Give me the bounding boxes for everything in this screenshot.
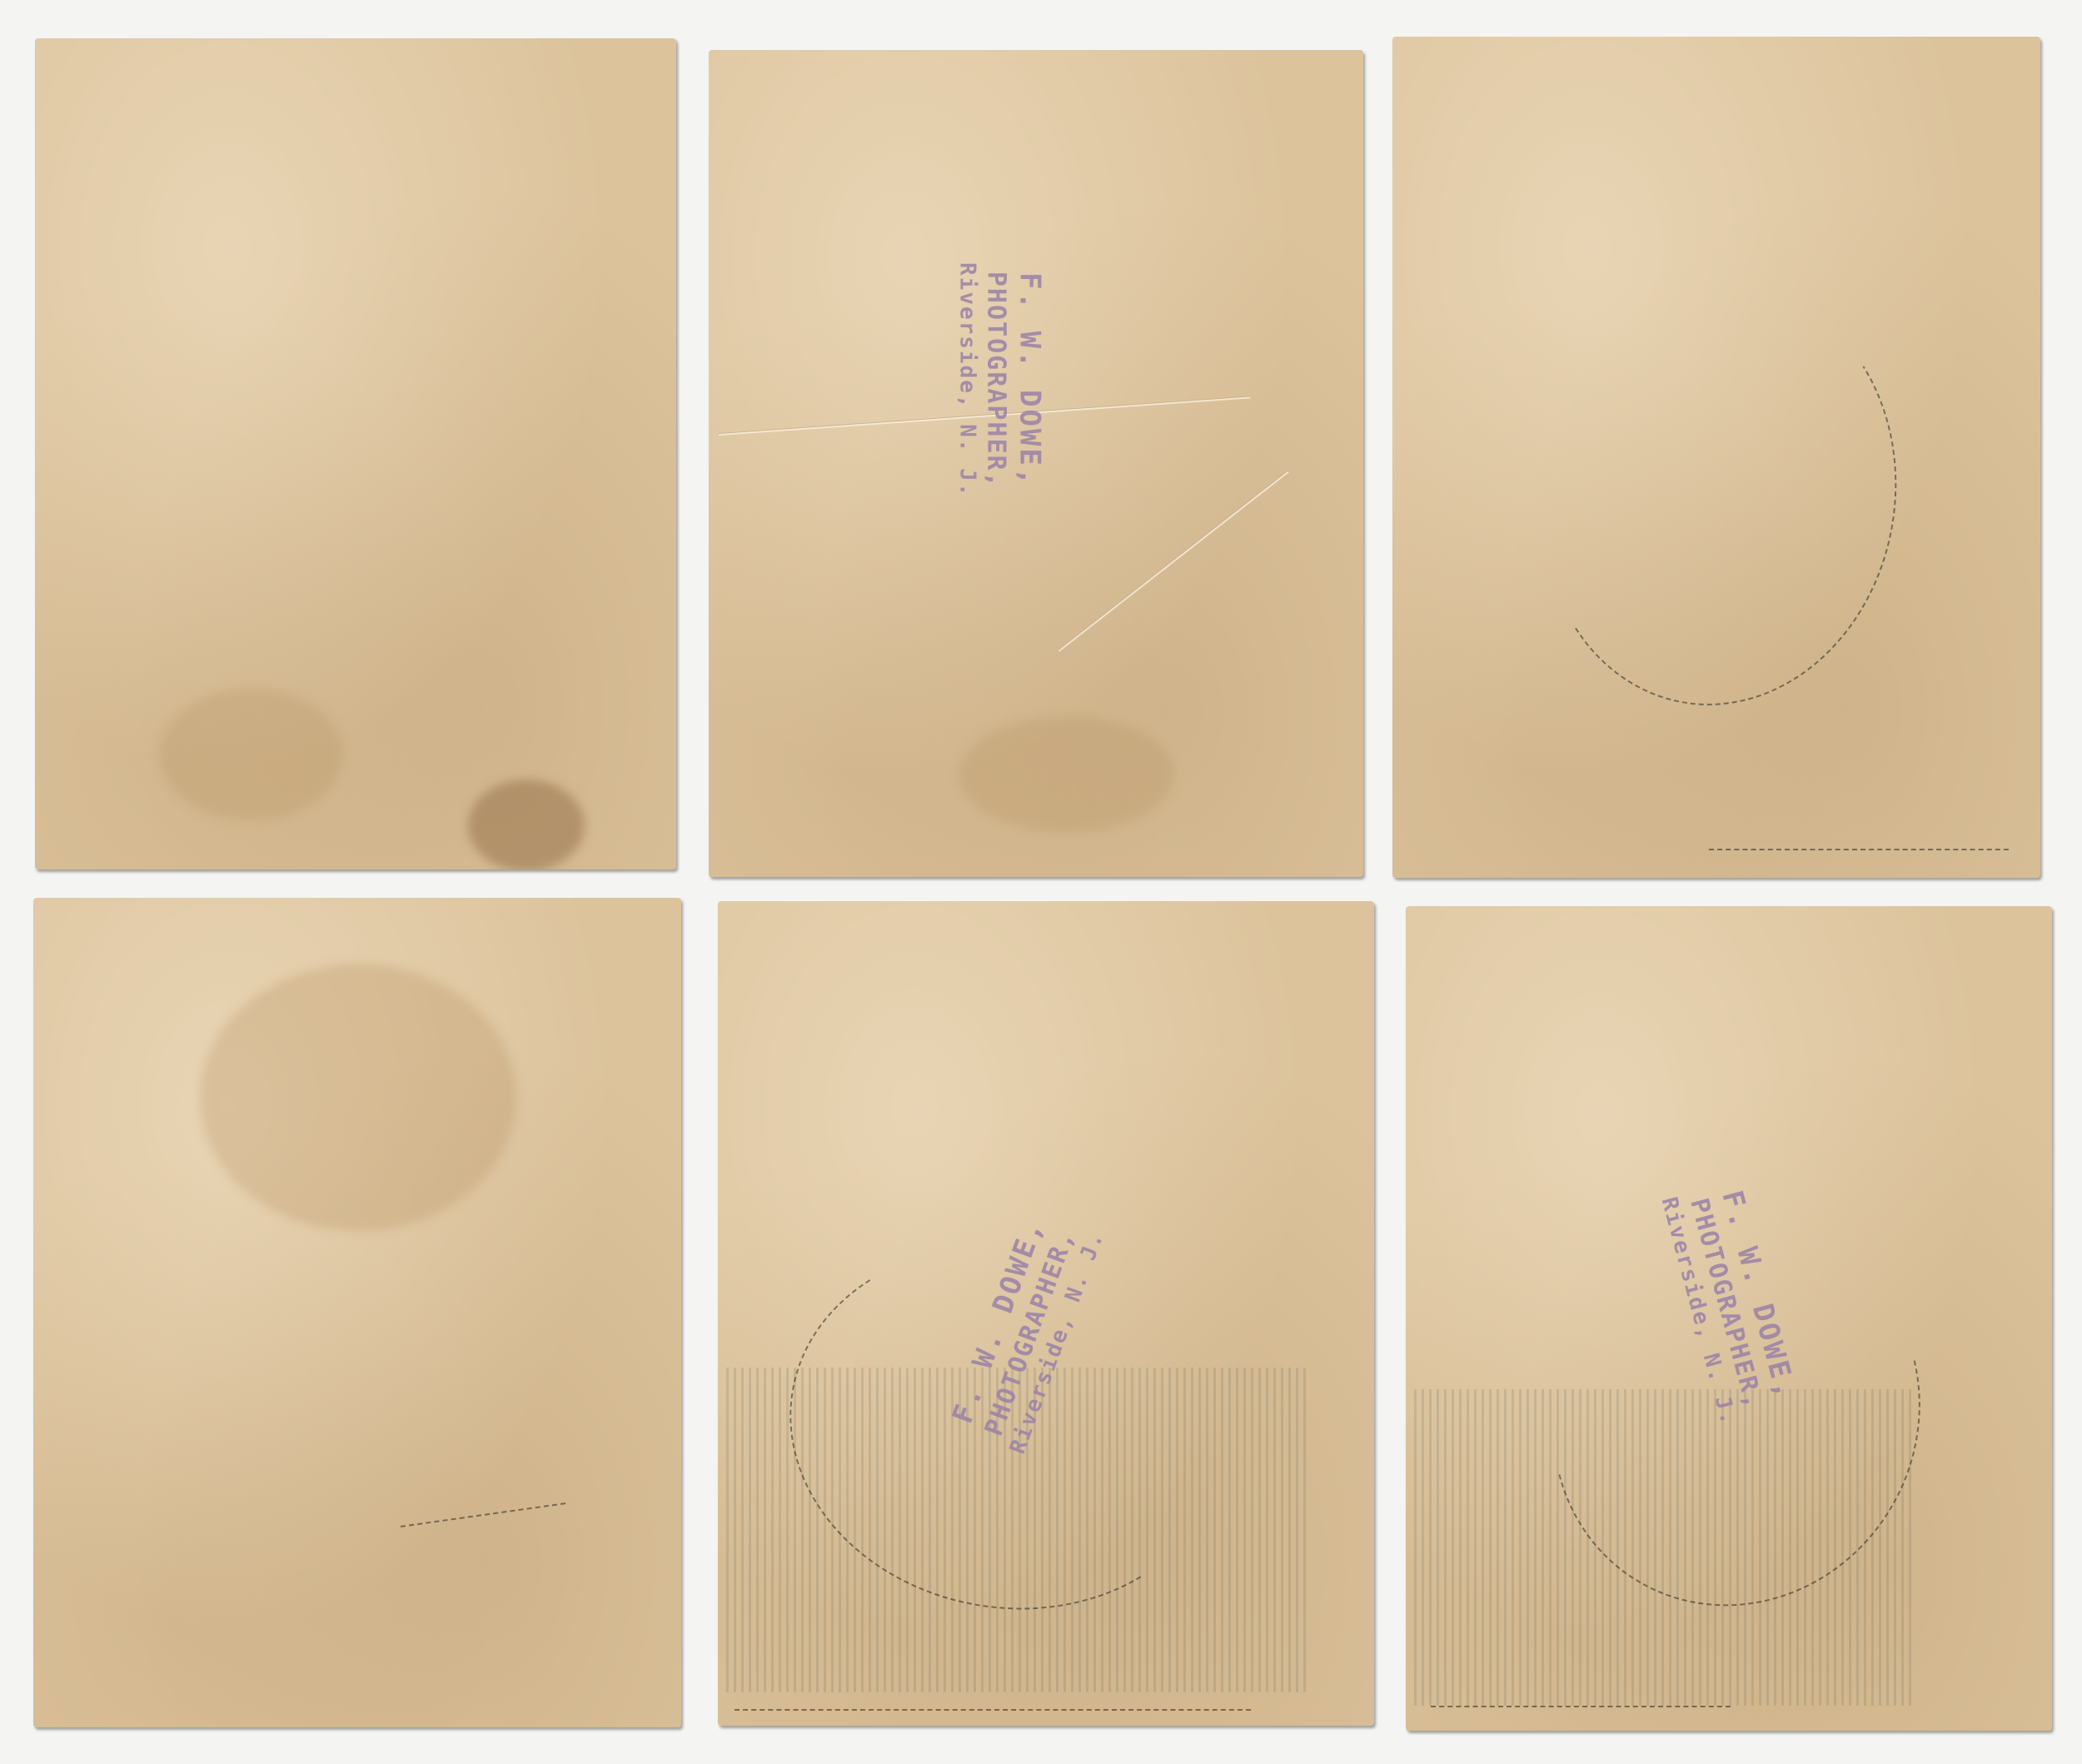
paper-crease (1058, 471, 1289, 652)
border-impression (401, 1502, 565, 1527)
photographer-stamp: F. W. DOWE, PHOTOGRAPHER, Riverside, N. … (954, 163, 1048, 596)
photo-card-bottom-left (33, 898, 681, 1727)
photo-card-top-right (1392, 37, 2040, 878)
stamp-name: F. W. DOWE, (1012, 163, 1048, 596)
border-impression (1431, 1706, 1731, 1707)
photo-card-top-left (35, 38, 676, 870)
photo-card-bottom-right: F. W. DOWE, PHOTOGRAPHER, Riverside, N. … (1406, 906, 2052, 1731)
border-impression (735, 1709, 1251, 1711)
photo-card-top-center: F. W. DOWE, PHOTOGRAPHER, Riverside, N. … (709, 50, 1363, 877)
oval-mat-impression (1508, 259, 1929, 734)
foxing-stain (160, 688, 343, 821)
foxing-stain (200, 964, 516, 1231)
border-impression (1709, 849, 2009, 850)
photo-card-bottom-center: F. W. DOWE, PHOTOGRAPHER, Riverside, N. … (718, 901, 1374, 1726)
foxing-stain (959, 716, 1175, 833)
stamp-title: PHOTOGRAPHER, (980, 163, 1012, 596)
water-stain (468, 780, 585, 870)
stamp-location: Riverside, N. J. (954, 163, 981, 596)
